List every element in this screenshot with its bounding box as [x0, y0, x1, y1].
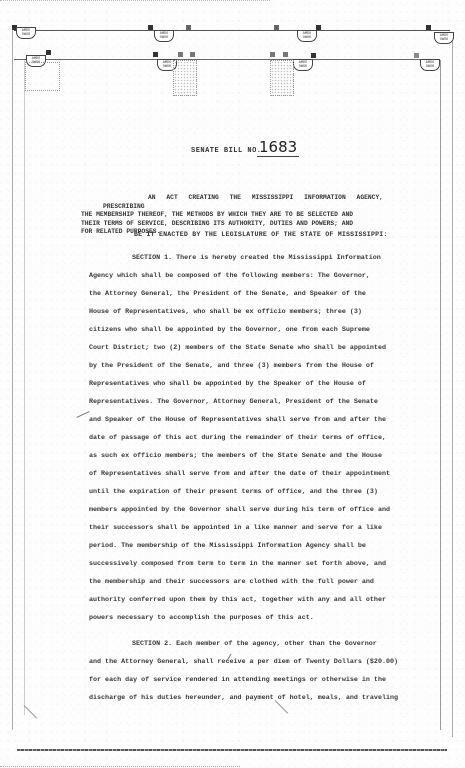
binder-tab-mark — [414, 53, 419, 58]
top-scan-edge — [0, 0, 270, 2]
bill-number-handwritten: 1683 — [257, 138, 299, 157]
pen-mark — [76, 411, 89, 418]
section-2-heading-line: SECTION 2. Each member of the agency, ot… — [132, 640, 422, 649]
binder-tab-mark — [148, 25, 153, 30]
binder-frame-top — [14, 30, 450, 31]
body-line: as such ex officio members; the members … — [89, 452, 379, 461]
body-line: authority conferred upon them by this ac… — [89, 596, 379, 605]
binder-shadow-box — [270, 60, 294, 96]
binder-shadow-box — [173, 60, 197, 96]
binder-tab-mark — [153, 52, 158, 57]
stamp-label: OWOK — [440, 38, 448, 42]
binder-frame-second — [14, 59, 439, 60]
caption-line: AN ACT CREATING THE MISSISSIPPI INFORMAT… — [103, 194, 383, 211]
binder-stamp: AMDOOWOK — [434, 32, 454, 44]
body-line: date of passage of this act during the r… — [89, 434, 379, 443]
body-line: House of Representatives, who shall be e… — [89, 308, 379, 317]
body-line: Representatives. The Governor, Attorney … — [89, 398, 379, 407]
body-line: Agency which shall be composed of the fo… — [89, 272, 379, 281]
stamp-label: OWOK — [160, 36, 168, 40]
binder-stamp: AMDOOWOK — [420, 59, 440, 71]
scanned-page: AMDOOWOK AMDOOWOK AMDOOWOK AMDOOWOK AMDO… — [0, 0, 465, 768]
caption-line: THEIR TERMS OF SERVICE, DESCRIBING ITS A… — [81, 220, 383, 229]
body-line: citizens who shall be appointed by the G… — [89, 326, 379, 335]
stamp-label: OWOK — [22, 33, 30, 37]
binder-stamp: AMDOOWOK — [297, 30, 317, 42]
body-line: members appointed by the Governor shall … — [89, 506, 379, 515]
body-line: Representatives who shall be appointed b… — [89, 380, 379, 389]
frame-right-edge — [452, 32, 453, 737]
binder-stamp: AMDOOWOK — [293, 59, 313, 71]
body-line: period. The membership of the Mississipp… — [89, 542, 379, 551]
body-line: by the President of the Senate, and thre… — [89, 362, 379, 371]
body-line: discharge of his duties hereunder, and p… — [89, 694, 379, 703]
binder-tab-mark — [426, 25, 431, 30]
body-line: of Representatives shall serve from and … — [89, 470, 379, 479]
body-line: and Speaker of the House of Representati… — [89, 416, 379, 425]
body-line: Court District; two (2) members of the S… — [89, 344, 379, 353]
enacting-clause: BE IT ENACTED BY THE LEGISLATURE OF THE … — [134, 231, 388, 238]
body-line: until the expiration of their present te… — [89, 488, 379, 497]
frame-left-inner-edge — [24, 60, 25, 715]
body-line: powers necessary to accomplish the purpo… — [89, 614, 379, 623]
binder-tab-mark — [283, 52, 288, 57]
body-line: for each day of service rendered in atte… — [89, 676, 379, 685]
stamp-label: OWOK — [303, 36, 311, 40]
binder-stamp: AMDOOWOK — [16, 27, 36, 39]
fold-mark — [24, 705, 37, 718]
binder-tab-mark — [316, 25, 321, 30]
binder-tab-mark — [274, 25, 279, 30]
binder-stamp: AMDOOWOK — [154, 30, 174, 42]
body-line: their successors shall be appointed in a… — [89, 524, 379, 533]
bill-title: SENATE BILL NO. — [191, 147, 262, 155]
bottom-binder-rule — [17, 749, 447, 751]
binder-tab-mark — [178, 52, 183, 57]
stamp-label: OWOK — [163, 65, 171, 69]
stamp-label: OWOK — [299, 65, 307, 69]
binder-tab-mark — [46, 50, 51, 55]
body-line: the Attorney General, the President of t… — [89, 290, 379, 299]
frame-right-inner-edge — [440, 60, 441, 730]
section-1-heading-line: SECTION 1. There is hereby created the M… — [132, 254, 422, 263]
binder-shadow-box — [25, 62, 60, 91]
frame-left-edge — [12, 30, 13, 730]
binder-tab-mark — [270, 52, 275, 57]
caption-line: THE MEMBERSHIP THEREOF, THE METHODS BY W… — [81, 211, 383, 220]
body-line: successively composed from term to term … — [89, 560, 379, 569]
body-line: the membership and their successors are … — [89, 578, 379, 587]
body-line: and the Attorney General, shall receive … — [89, 658, 379, 667]
binder-tab-mark — [190, 52, 195, 57]
binder-tab-mark — [186, 25, 191, 30]
stamp-label: OWOK — [426, 65, 434, 69]
binder-tab-mark — [311, 53, 316, 58]
